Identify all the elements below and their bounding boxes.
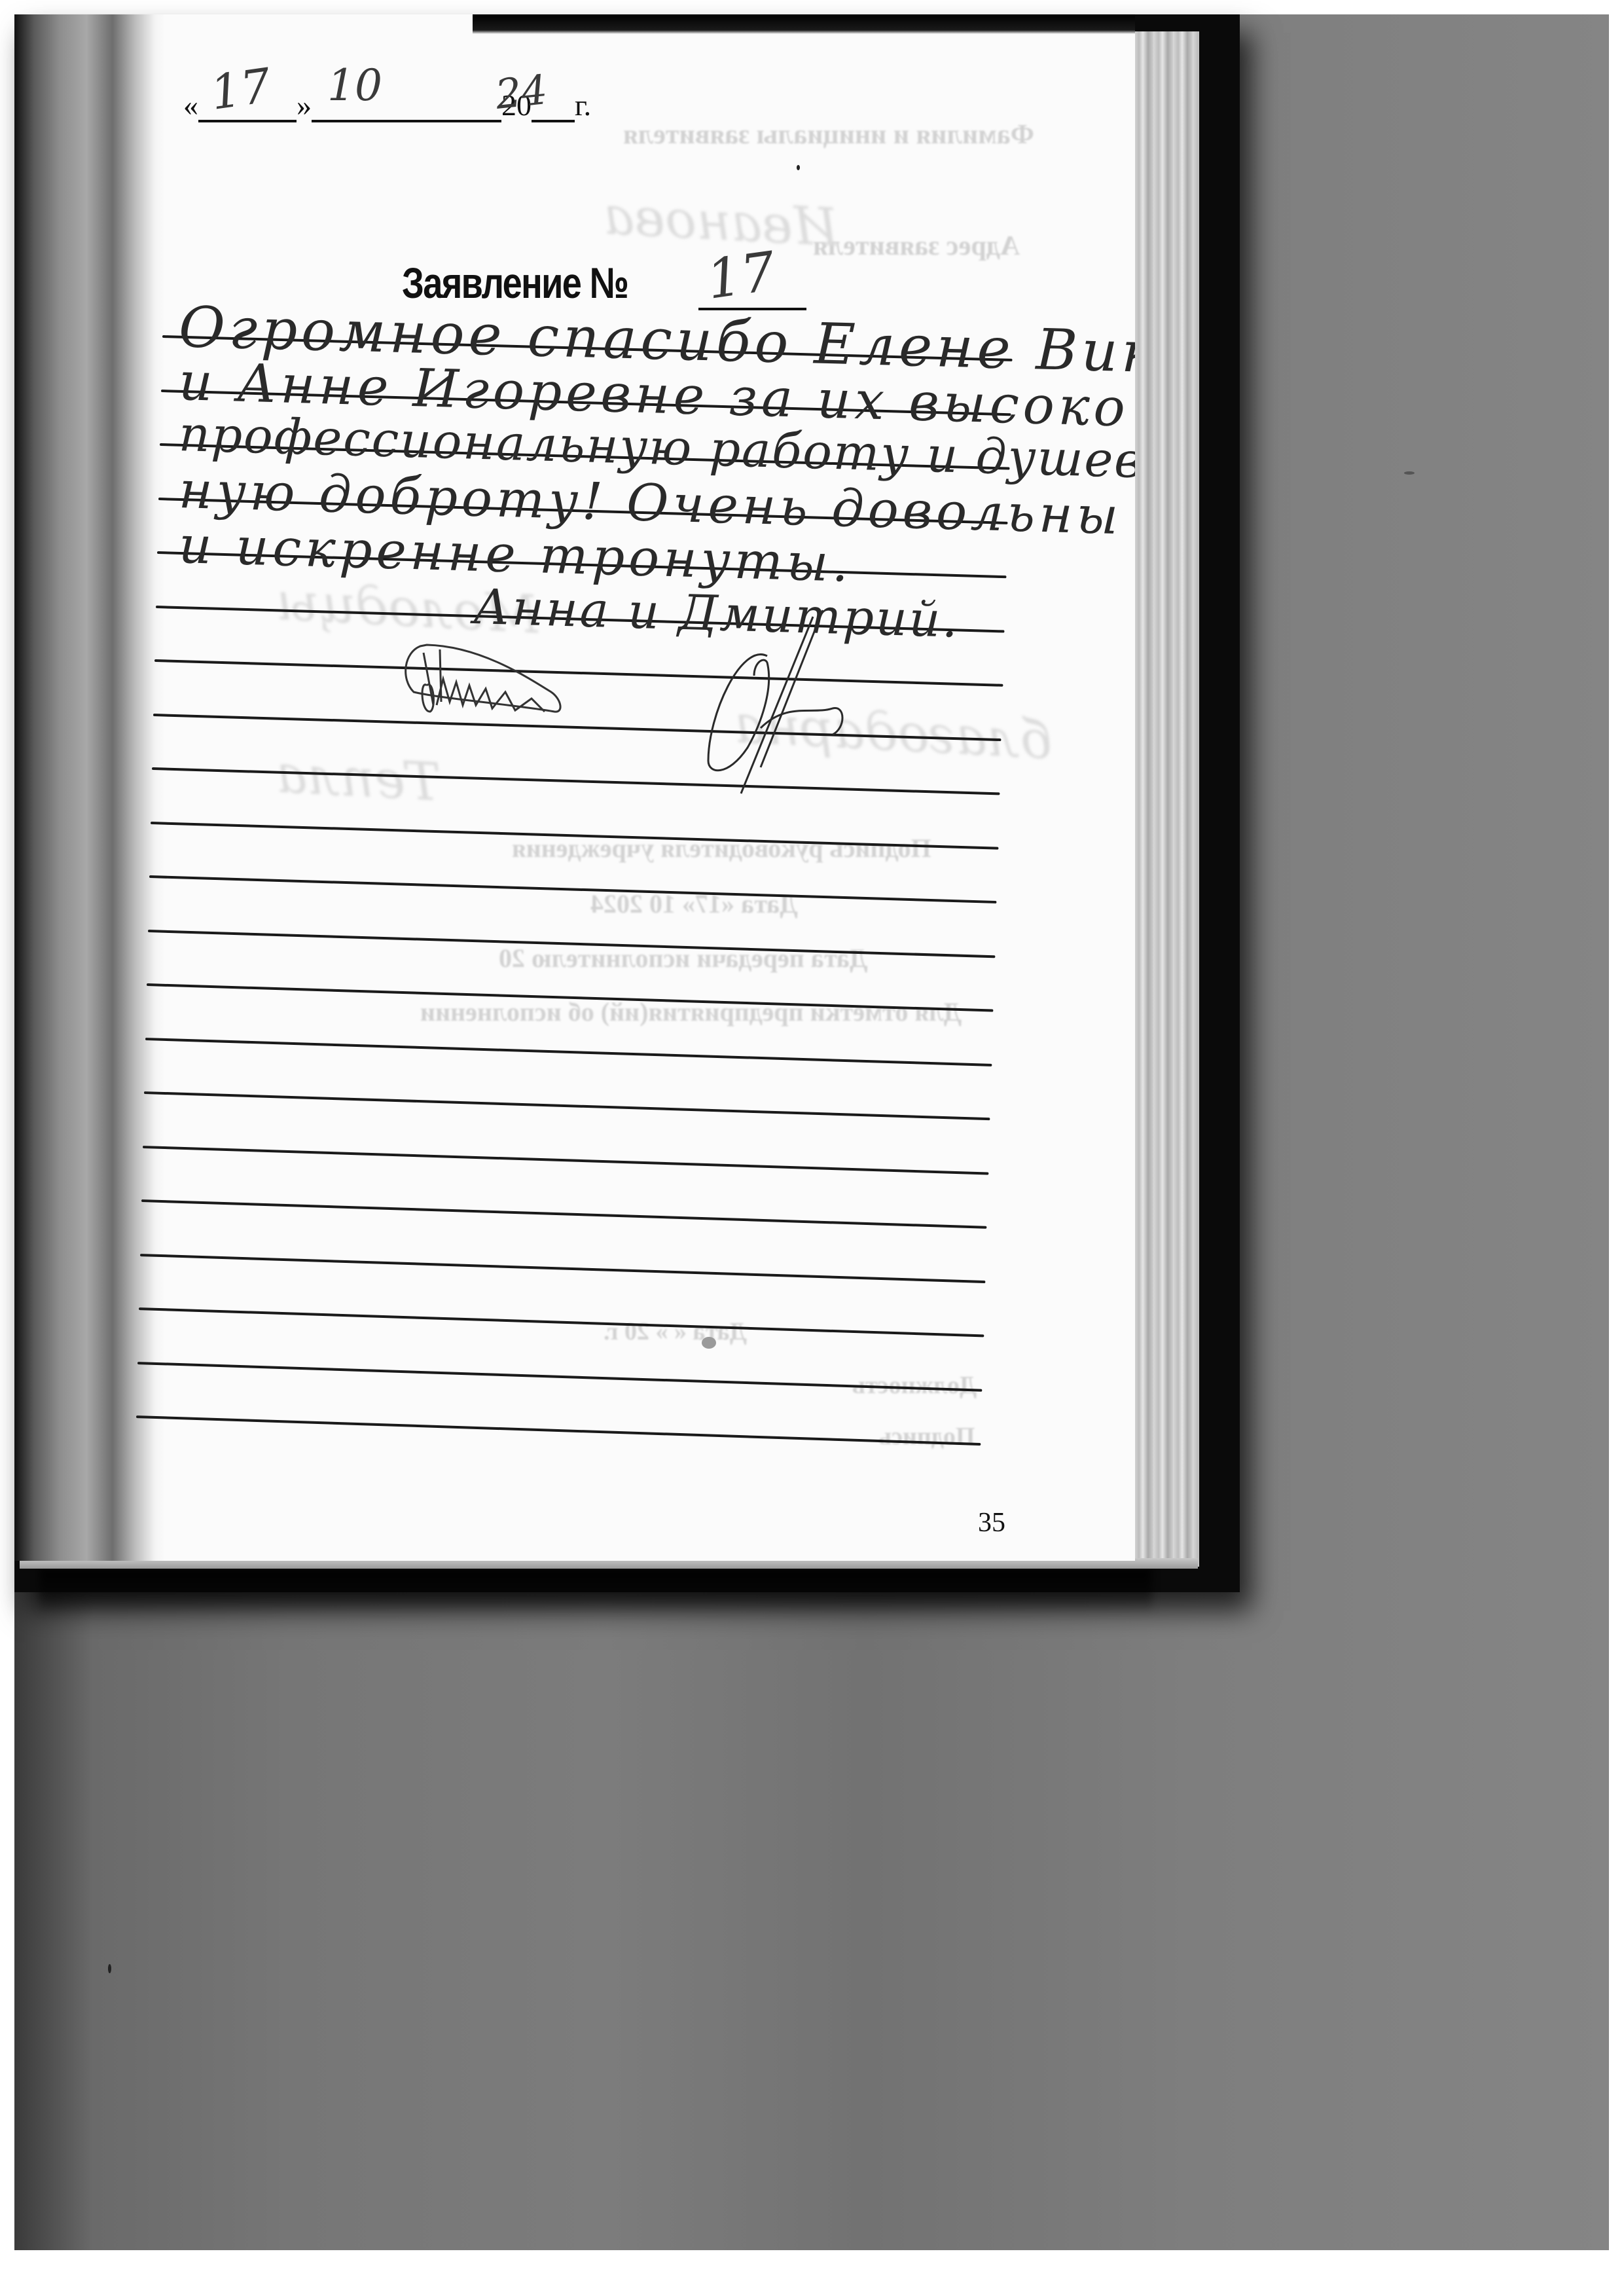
top-cover-edge xyxy=(473,14,1135,34)
ruled-line xyxy=(143,1146,988,1175)
page-title: Заявление № xyxy=(402,258,628,308)
speck xyxy=(797,165,800,170)
signature-anna xyxy=(401,640,571,725)
page-number: 35 xyxy=(978,1507,1005,1539)
date-open-quote: « xyxy=(183,88,198,122)
handwritten-month: 10 xyxy=(327,60,382,111)
date-year-unit: г. xyxy=(575,88,591,122)
show-through-mid-1: Подпись руководителя учреждения xyxy=(512,833,931,864)
date-close-quote: » xyxy=(297,88,312,122)
ruled-line xyxy=(141,1199,987,1229)
handwritten-day: 17 xyxy=(208,58,274,120)
signature-dmitry xyxy=(682,604,878,800)
ruled-line xyxy=(140,1254,985,1283)
ruled-line xyxy=(149,875,997,903)
show-through-bottom-1: Дата « » 20 г. xyxy=(604,1317,747,1346)
handwritten-application-number: 17 xyxy=(703,240,780,312)
ruled-line xyxy=(136,1415,981,1446)
page-gutter-shadow xyxy=(14,14,165,1561)
show-through-bottom-3: Подпись xyxy=(878,1422,975,1451)
ruled-line xyxy=(144,1091,990,1120)
handwritten-year: 24 xyxy=(493,65,549,118)
ruled-line xyxy=(139,1307,984,1337)
page-block-edges xyxy=(1134,31,1199,1567)
show-through-top-1: Фамилия и инициалы заявителя xyxy=(623,119,1034,151)
speck xyxy=(108,1964,111,1973)
show-through-handwriting-4: Тепла xyxy=(275,743,442,812)
notebook-page: Фамилия и инициалы заявителя Адрес заяви… xyxy=(14,14,1135,1561)
book-shadow xyxy=(39,1568,1152,1614)
show-through-top-2: Адрес заявителя xyxy=(813,230,1020,262)
speck xyxy=(702,1337,716,1349)
ruled-line xyxy=(145,1038,992,1066)
speck xyxy=(1404,471,1415,475)
